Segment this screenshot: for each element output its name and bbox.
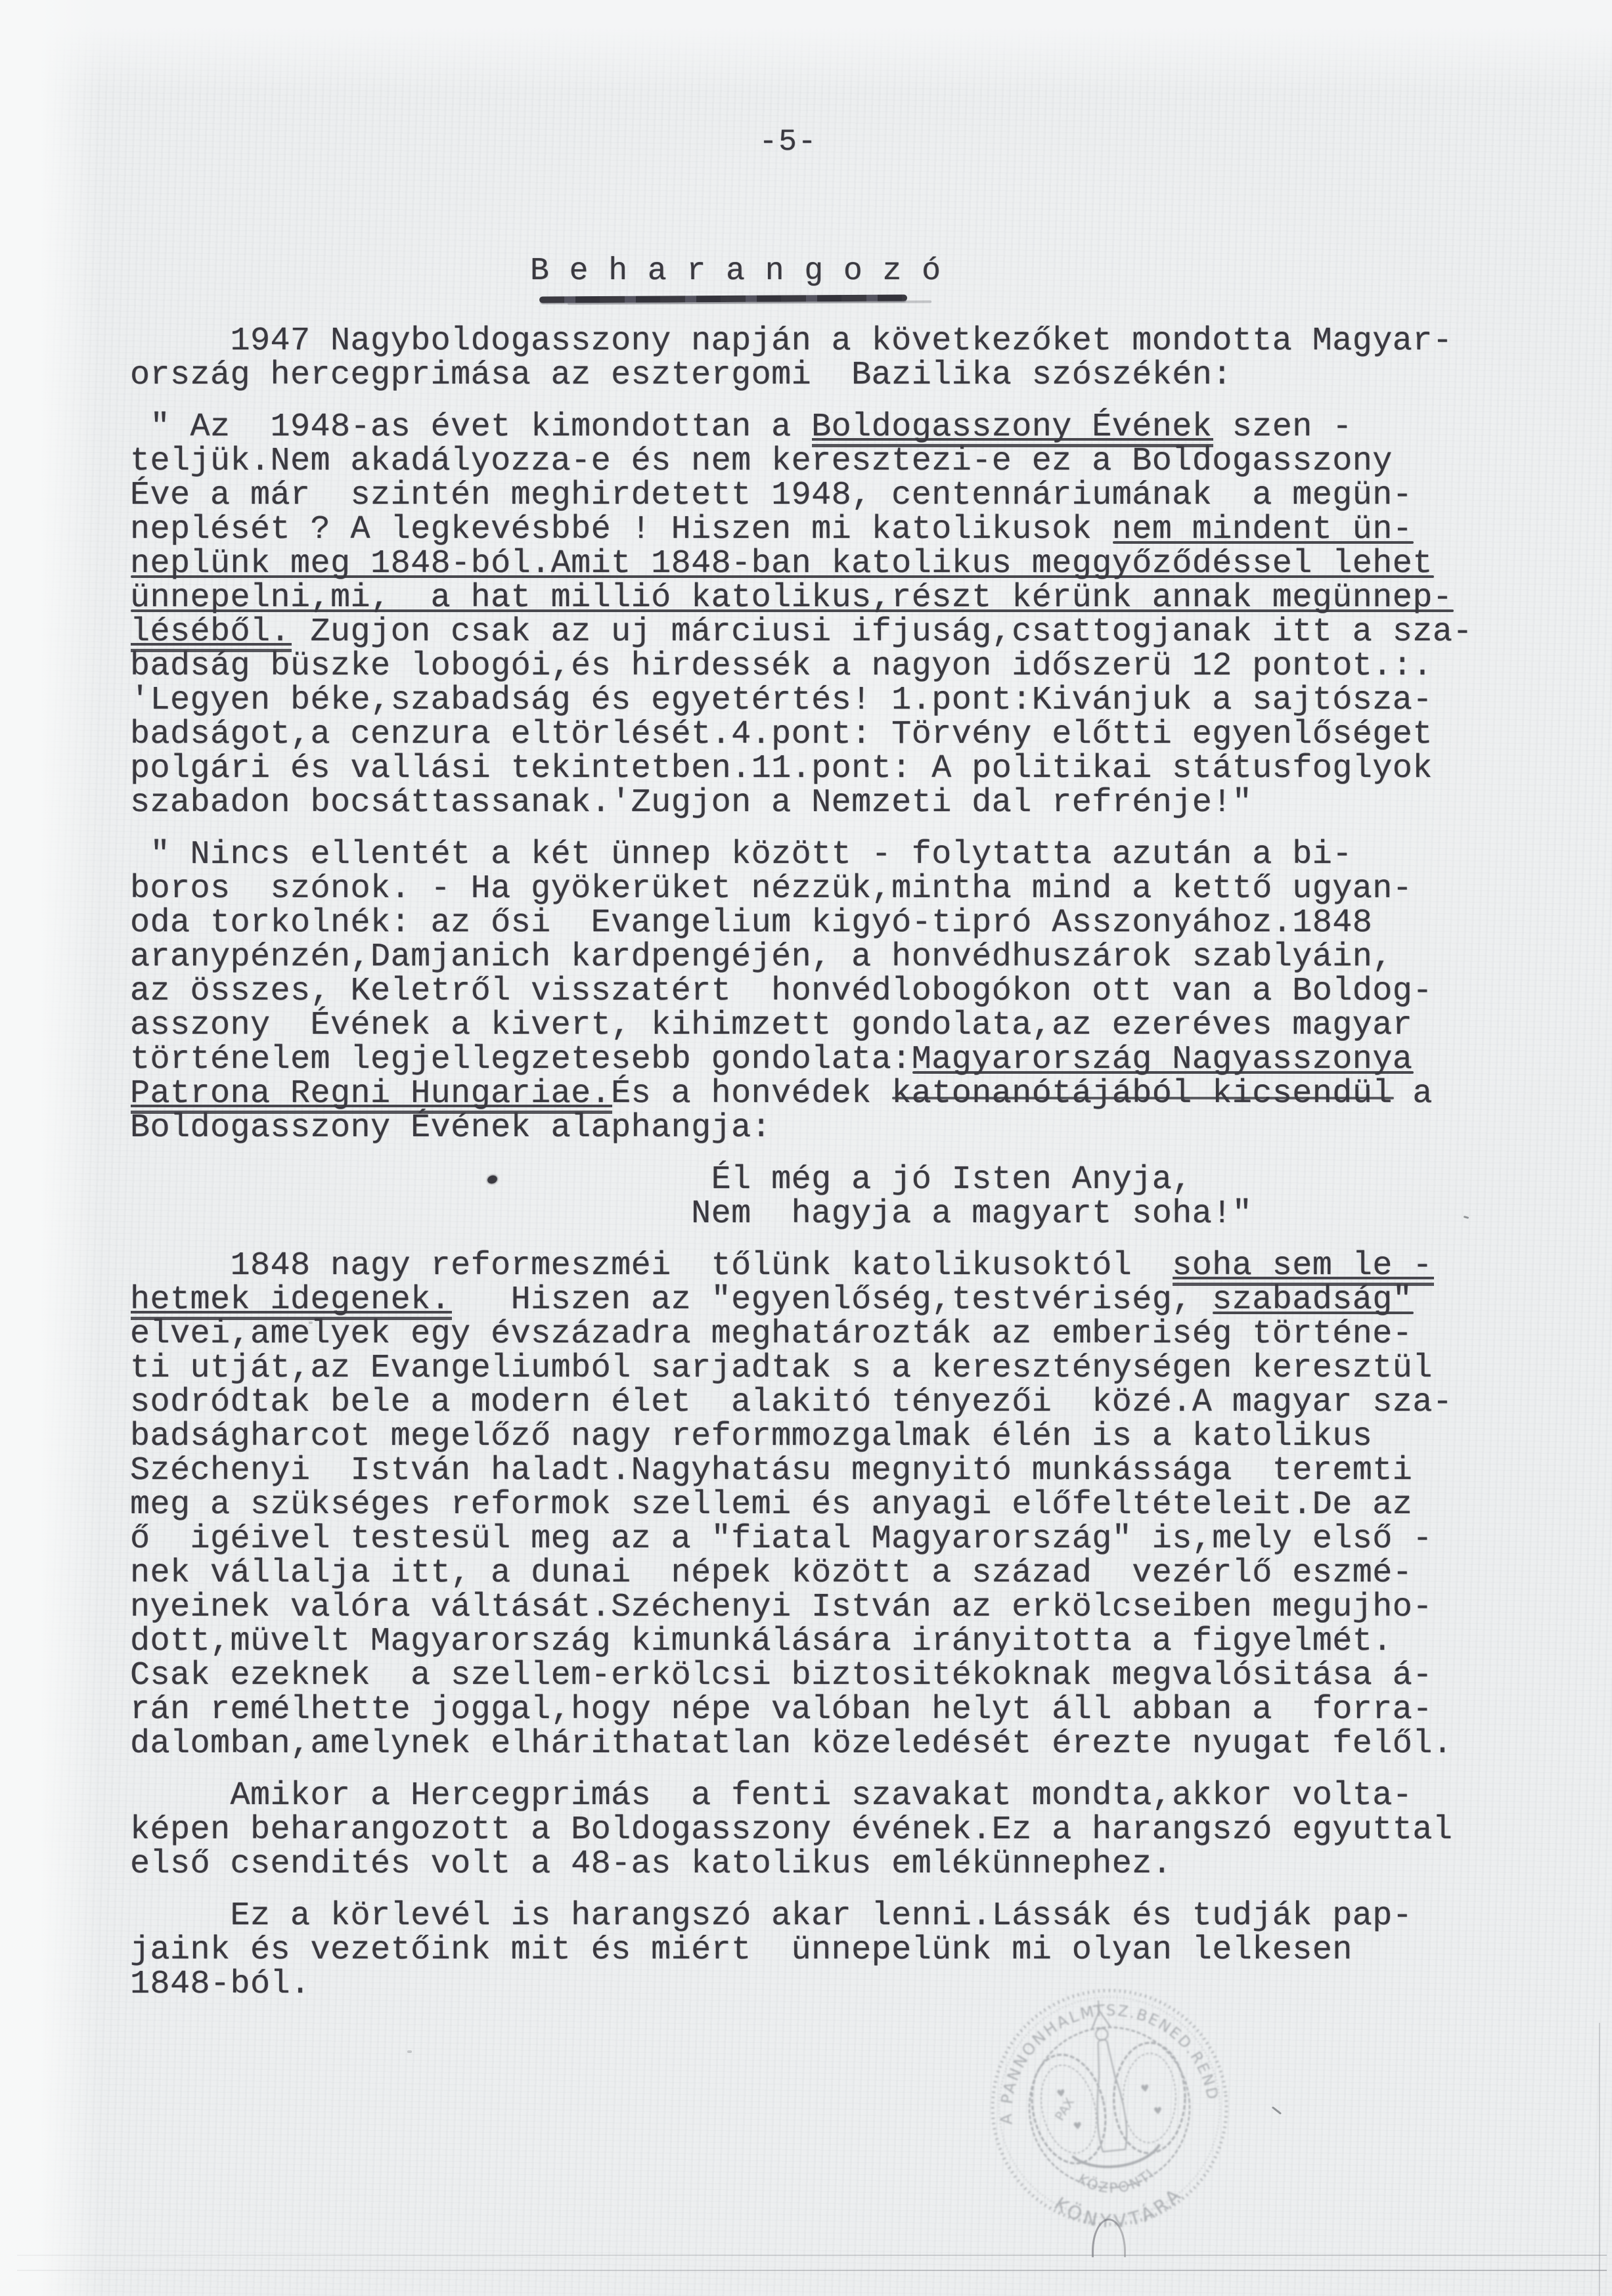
title-block: B e h a r a n g o z ó [530,254,941,302]
text-line: Nem hagyja a magyart soha!" [130,1197,1575,1231]
stamp-text-bened-rend: SZ.BENED.REND [1104,1991,1221,2111]
text-segment: Nem hagyja a magyart soha!" [130,1197,1252,1231]
text-line: badságharcot megelőző nagy reformmozgalm… [130,1420,1575,1454]
text-line: oda torkolnék: az ősi Evangelium kigyó-t… [130,906,1575,940]
text-line: ő igéivel testesül meg az a "fiatal Magy… [130,1522,1575,1556]
text-segment: asszony Évének a kivert, kihimzett gondo… [130,1009,1412,1043]
text-segment: szabadon bocsáttassanak.'Zugjon a Nemzet… [130,786,1252,820]
text-line: dott,müvelt Magyarország kimunkálására i… [130,1625,1575,1659]
text-line: szabadon bocsáttassanak.'Zugjon a Nemzet… [130,786,1575,820]
text-line: elvei,amelyek egy évszázadra meghatározt… [130,1317,1575,1352]
paragraph: 1947 Nagyboldogasszony napján a következ… [130,324,1575,393]
text-segment: oda torkolnék: az ősi Evangelium kigyó-t… [130,906,1372,940]
ink-speck [407,2050,412,2053]
text-segment: 1848 nagy reformeszméi tőlünk katolikuso… [130,1249,1172,1283]
stamp-text-kozponti: KÖZPONTI [1074,2163,1160,2200]
text-segment: Csak ezeknek a szellem-erkölcsi biztosit… [130,1659,1433,1693]
underlined-text: soha sem le - [1172,1249,1433,1283]
page-number: -5- [759,125,818,159]
svg-text:A PANNONHALMI: A PANNONHALMI [986,2001,1114,2126]
underlined-text: katonanótájából kicsendül [891,1077,1393,1111]
text-line: Boldogasszony Évének alaphangja: [130,1111,1575,1145]
ink-speck [309,1321,313,1324]
text-segment: meg a szükséges reformok szellemi és any… [130,1488,1412,1522]
text-segment: sodródtak bele a modern élet alakitó tén… [130,1386,1452,1420]
document-page: -5- B e h a r a n g o z ó 1947 Nagyboldo… [0,0,1612,2296]
document-title: B e h a r a n g o z ó [530,254,941,289]
heart-icon: ♥ [1153,2105,1163,2117]
text-line: Patrona Regni Hungariae.És a honvédek ka… [130,1077,1575,1111]
text-segment: szen - [1212,410,1353,445]
text-line: nyeinek valóra váltását.Széchenyi István… [130,1591,1575,1625]
text-segment: Ez a körlevél is harangszó akar lenni.Lá… [130,1899,1412,1933]
text-segment: első csendités volt a 48-as katolikus em… [130,1847,1172,1882]
text-segment: jaink és vezetőink mit és miért ünnepelü… [130,1933,1353,1968]
text-segment: ő igéivel testesül meg az a "fiatal Magy… [130,1522,1433,1556]
text-segment: Amikor a Hercegprimás a fenti szavakat m… [130,1779,1412,1813]
title-underline [539,295,907,303]
underlined-text: Magyarország Nagyasszonya [912,1043,1413,1077]
text-line: meg a szükséges reformok szellemi és any… [130,1488,1575,1522]
text-line: képen beharangozott a Boldogasszony évén… [130,1813,1575,1847]
text-line: sodródtak bele a modern élet alakitó tén… [130,1386,1575,1420]
svg-text:KÖZPONTI: KÖZPONTI [1074,2163,1160,2200]
text-line: történelem legjellegzetesebb gondolata:M… [130,1043,1575,1077]
page-edge-line [1599,2023,1600,2296]
paragraph: 1848 nagy reformeszméi tőlünk katolikuso… [130,1249,1575,1761]
text-line: léséből. Zugjon csak az uj márciusi ifju… [130,615,1575,650]
text-line: Él még a jó Isten Anyja, [130,1163,1575,1197]
text-line: teljük.Nem akadályozza-e és nem kereszte… [130,445,1575,479]
heart-icon: ♥ [1056,2087,1065,2100]
underlined-text: ünnepelni,mi, a hat millió katolikus,rés… [130,581,1452,615]
text-segment: elvei,amelyek egy évszázadra meghatározt… [130,1317,1412,1352]
text-segment: Él még a jó Isten Anyja, [130,1163,1192,1197]
svg-text:SZ.BENED.REND: SZ.BENED.REND [1104,1991,1221,2111]
text-line: neplünk meg 1848-ból.Amit 1848-ban katol… [130,547,1575,581]
text-line: hetmek idegenek. Hiszen az "egyenlőség,t… [130,1283,1575,1317]
text-segment: " Nincs ellentét a két ünnep között - fo… [130,838,1353,872]
text-line: polgári és vallási tekintetben.11.pont: … [130,752,1575,786]
text-line: badság büszke lobogói,és hirdessék a nag… [130,650,1575,684]
text-line: ország hercegprimása az esztergomi Bazil… [130,359,1575,393]
library-stamp: A PANNONHALMI SZ.BENED.REND KÖNYVTÁRA KÖ… [957,1961,1273,2266]
text-line: ünnepelni,mi, a hat millió katolikus,rés… [130,581,1575,615]
text-line: rán remélhette joggal,hogy népe valóban … [130,1693,1575,1727]
text-segment: badság büszke lobogói,és hirdessék a nag… [130,650,1433,684]
text-line: az összes, Keletről visszatért honvédlob… [130,975,1575,1009]
paragraph: Ez a körlevél is harangszó akar lenni.Lá… [130,1899,1575,2002]
text-line: első csendités volt a 48-as katolikus em… [130,1847,1575,1882]
text-segment: polgári és vallási tekintetben.11.pont: … [130,752,1433,786]
stamp-text-pannonhalmi: A PANNONHALMI [986,2001,1114,2126]
text-segment: történelem legjellegzetesebb gondolata: [130,1043,912,1077]
text-line: Széchenyi István haladt.Nagyhatásu megny… [130,1454,1575,1488]
text-line: 'Legyen béke,szabadság és egyetértés! 1.… [130,684,1575,718]
verse-paragraph: Él még a jó Isten Anyja, Nem hagyja a ma… [130,1163,1575,1231]
paragraph: " Nincs ellentét a két ünnep között - fo… [130,838,1575,1145]
text-segment: ti utját,az Evangeliumból sarjadtak s a … [130,1352,1433,1386]
text-segment: 'Legyen béke,szabadság és egyetértés! 1.… [130,684,1433,718]
text-line: asszony Évének a kivert, kihimzett gondo… [130,1009,1575,1043]
underlined-text: nem mindent ün- [1112,513,1413,547]
text-segment: És a honvédek [611,1077,891,1111]
stamp-right-wreath [1113,2042,1186,2154]
text-line: dalomban,amelynek elhárithatatlan közele… [130,1727,1575,1761]
text-line: 1947 Nagyboldogasszony napján a következ… [130,324,1575,359]
text-line: " Nincs ellentét a két ünnep között - fo… [130,838,1575,872]
text-line: boros szónok. - Ha gyökerüket nézzük,min… [130,872,1575,906]
text-segment: ország hercegprimása az esztergomi Bazil… [130,359,1232,393]
text-line: 1848 nagy reformeszméi tőlünk katolikuso… [130,1249,1575,1283]
text-segment: badságharcot megelőző nagy reformmozgalm… [130,1420,1372,1454]
text-segment: az összes, Keletről visszatért honvédlob… [130,975,1433,1009]
text-line: 1848-ból. [130,1968,1575,2002]
text-line: aranypénzén,Damjanich kardpengéjén, a ho… [130,940,1575,975]
underlined-text: neplünk meg 1848-ból.Amit 1848-ban katol… [130,547,1433,581]
stamp-text-pax: PAX [1052,2096,1077,2123]
paragraph: Amikor a Hercegprimás a fenti szavakat m… [130,1779,1575,1882]
text-segment: teljük.Nem akadályozza-e és nem kereszte… [130,445,1393,479]
heart-icon: ♥ [1140,2082,1150,2094]
text-line: Éve a már szintén meghirdetett 1948, cen… [130,479,1575,513]
text-segment: Éve a már szintén meghirdetett 1948, cen… [130,479,1412,513]
text-segment: rán remélhette joggal,hogy népe valóban … [130,1693,1433,1727]
text-segment: Hiszen az "egyenlőség,testvériség, [451,1283,1212,1317]
text-segment: dott,müvelt Magyarország kimunkálására i… [130,1625,1393,1659]
text-segment: Széchenyi István haladt.Nagyhatásu megny… [130,1454,1412,1488]
text-segment: " Az 1948-as évet kimondottan a [130,410,811,445]
text-segment: aranypénzén,Damjanich kardpengéjén, a ho… [130,940,1393,975]
underlined-text: hetmek idegenek. [130,1283,451,1317]
underlined-text: Patrona Regni Hungariae. [130,1077,611,1111]
text-segment: badságot,a cenzura eltörlését.4.pont: Tö… [130,718,1433,752]
text-segment: a [1393,1077,1433,1111]
underlined-text: léséből. [130,615,290,650]
text-segment: Boldogasszony Évének alaphangja: [130,1111,771,1145]
text-segment: 1848-ból. [130,1968,311,2002]
text-line: neplését ? A legkevésbbé ! Hiszen mi kat… [130,513,1575,547]
text-segment: nyeinek valóra váltását.Széchenyi István… [130,1591,1433,1625]
text-segment: Zugjon csak az uj márciusi ifjuság,csatt… [290,615,1473,650]
text-line: badságot,a cenzura eltörlését.4.pont: Tö… [130,718,1575,752]
text-line: " Az 1948-as évet kimondottan a Boldogas… [130,410,1575,445]
text-line: Amikor a Hercegprimás a fenti szavakat m… [130,1779,1575,1813]
text-line: ti utját,az Evangeliumból sarjadtak s a … [130,1352,1575,1386]
text-line: Ez a körlevél is harangszó akar lenni.Lá… [130,1899,1575,1933]
fold-line [17,2255,1607,2256]
ink-speck [1272,2106,1282,2115]
underlined-text: Boldogasszony Évének [811,410,1212,445]
text-segment: dalomban,amelynek elhárithatatlan közele… [130,1727,1452,1761]
text-line: jaink és vezetőink mit és miért ünnepelü… [130,1933,1575,1968]
text-segment: nek vállalja itt, a dunai népek között a… [130,1556,1412,1591]
text-segment: boros szónok. - Ha gyökerüket nézzük,min… [130,872,1412,906]
text-line: nek vállalja itt, a dunai népek között a… [130,1556,1575,1591]
text-line: Csak ezeknek a szellem-erkölcsi biztosit… [130,1659,1575,1693]
document-body: 1947 Nagyboldogasszony napján a következ… [130,324,1575,2002]
text-segment: neplését ? A legkevésbbé ! Hiszen mi kat… [130,513,1112,547]
text-segment: képen beharangozott a Boldogasszony évén… [130,1813,1452,1847]
underlined-text: szabadság" [1212,1283,1412,1317]
paragraph: " Az 1948-as évet kimondottan a Boldogas… [130,410,1575,820]
text-segment: 1947 Nagyboldogasszony napján a következ… [130,324,1452,359]
fold-line [17,2270,1607,2271]
heart-icon: ♥ [1073,2119,1083,2132]
